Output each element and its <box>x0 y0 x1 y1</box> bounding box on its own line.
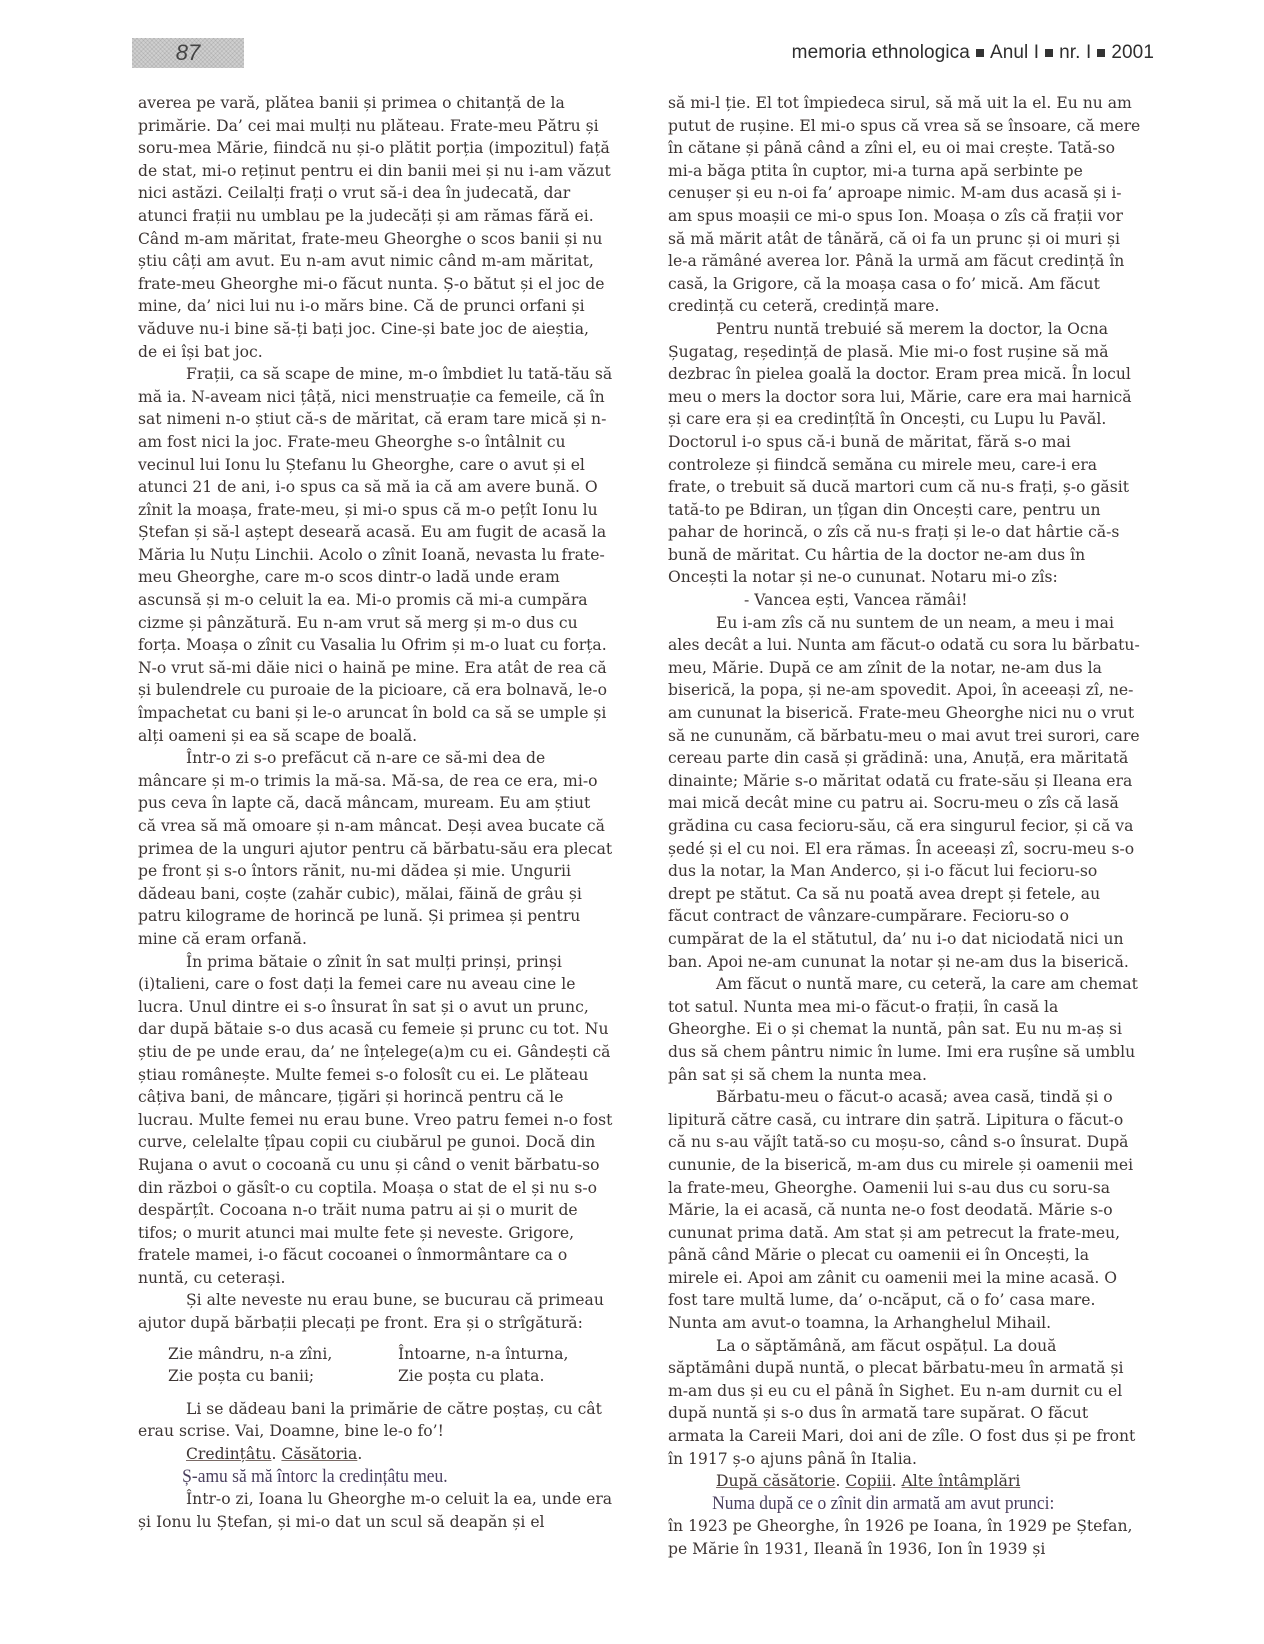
paragraph: Pentru nuntă trebuié să merem la doctor,… <box>668 318 1143 589</box>
verse-line: Zie poșta cu banii; <box>168 1365 398 1388</box>
verse-line: Întoarne, n-a înturna, <box>398 1343 628 1366</box>
dialogue-quote: - Vancea ești, Vancea rămâi! <box>668 589 1143 612</box>
section-heading: Credințâtu. Căsătoria. <box>138 1443 613 1466</box>
right-column: să mi-l ție. El tot împiedeca sirul, să … <box>668 92 1143 1561</box>
paragraph: Într-o zi, Ioana lu Gheorghe m-o celuit … <box>138 1488 613 1533</box>
square-bullet-icon <box>1097 49 1105 57</box>
handwritten-style-line: Numa după ce o zînit din armată am avut … <box>668 1493 1105 1516</box>
paragraph: Frații, ca să scape de mine, m-o îmbdiet… <box>138 363 613 747</box>
verse-line: Zie mândru, n-a zîni, <box>168 1343 398 1366</box>
paragraph: Într-o zi s-o prefăcut că n-are ce să-mi… <box>138 747 613 950</box>
section-heading-part: După căsătorie <box>716 1472 835 1490</box>
paragraph: Li se dădeau bani la primărie de către p… <box>138 1398 613 1443</box>
square-bullet-icon <box>1045 49 1053 57</box>
journal-volume: Anul I <box>990 42 1039 63</box>
page-number-box: 87 <box>132 38 244 68</box>
verse-line: Zie poșta cu plata. <box>398 1365 628 1388</box>
journal-issue: nr. I <box>1059 42 1091 63</box>
page-header: 87 memoria ethnologicaAnul Inr. I2001 <box>132 38 1154 70</box>
section-heading: După căsătorie. Copiii. Alte întâmplări <box>668 1470 1143 1493</box>
section-heading-part: Copiii <box>845 1472 891 1490</box>
section-heading-part: Căsătoria <box>281 1445 357 1463</box>
square-bullet-icon <box>976 49 984 57</box>
handwritten-style-line: Ș-amu să mă întorc la credințâtu meu. <box>138 1466 575 1489</box>
paragraph: Și alte neveste nu erau bune, se bucurau… <box>138 1289 613 1334</box>
paragraph: Eu i-am zîs că nu suntem de un neam, a m… <box>668 612 1143 974</box>
section-heading-part: Alte întâmplări <box>902 1472 1021 1490</box>
paragraph: La o săptămână, am făcut ospățul. La dou… <box>668 1335 1143 1471</box>
paragraph: să mi-l ție. El tot împiedeca sirul, să … <box>668 92 1143 318</box>
paragraph: În prima bătaie o zînit în sat mulți pri… <box>138 951 613 1290</box>
verse-block: Zie mândru, n-a zîni, Întoarne, n-a întu… <box>138 1343 613 1388</box>
journal-running-head: memoria ethnologicaAnul Inr. I2001 <box>792 38 1154 68</box>
paragraph: Am făcut o nuntă mare, cu ceteră, la car… <box>668 973 1143 1086</box>
left-column: averea pe vară, plătea banii și primea o… <box>138 92 613 1533</box>
journal-year: 2001 <box>1111 42 1154 63</box>
paragraph: în 1923 pe Gheorghe, în 1926 pe Ioana, î… <box>668 1515 1143 1560</box>
journal-title: memoria ethnologica <box>792 42 970 63</box>
page-number: 87 <box>176 40 200 65</box>
paragraph: Bărbatu-meu o făcut-o acasă; avea casă, … <box>668 1086 1143 1335</box>
paragraph: averea pe vară, plătea banii și primea o… <box>138 92 613 363</box>
section-heading-part: Credințâtu <box>186 1445 272 1463</box>
